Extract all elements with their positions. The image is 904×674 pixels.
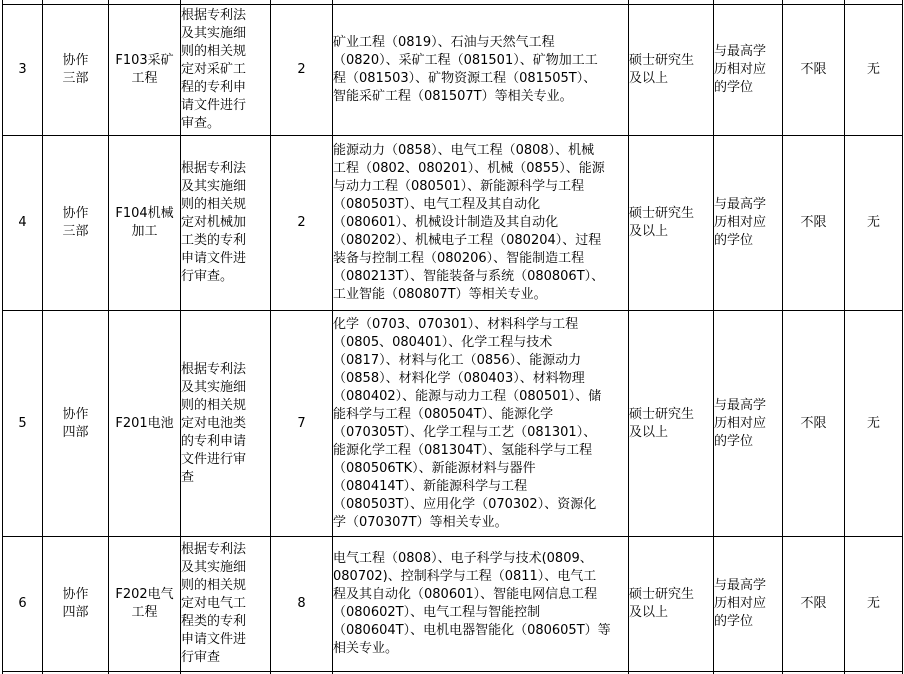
cell-other: 无 (845, 537, 903, 672)
cell-duty: 根据专利法 及其实施细 则的相关规 定对电池类 的专利申请 文件进行审 查 (181, 311, 271, 537)
cell-position: F104机械 加工 (109, 136, 181, 311)
cell-dept: 协作 四部 (43, 311, 109, 537)
cell-majors: 矿业工程（0819）、石油与天然气工程 （0820）、采矿工程（081501）、… (333, 5, 629, 136)
table-row: 5 协作 四部 F201电池 根据专利法 及其实施细 则的相关规 定对电池类 的… (3, 311, 903, 537)
cell-majors: 电气工程（0808）、电子科学与技术(0809、 080702)、控制科学与工程… (333, 537, 629, 672)
cell-dept: 协作 四部 (43, 537, 109, 672)
cell-age-limit: 不限 (783, 5, 845, 136)
table-row: 6 协作 四部 F202电气 工程 根据专利法 及其实施细 则的相关规 定对电气… (3, 537, 903, 672)
cell-dept: 协作 三部 (43, 5, 109, 136)
cell-other: 无 (845, 311, 903, 537)
cell-duty: 根据专利法 及其实施细 则的相关规 定对电气工 程类的专利 申请文件进 行审查 (181, 537, 271, 672)
table-row: 4 协作 三部 F104机械 加工 根据专利法 及其实施细 则的相关规 定对机械… (3, 136, 903, 311)
cell-education: 硕士研究生 及以上 (629, 537, 714, 672)
cell-count: 8 (271, 537, 333, 672)
cell-seq: 3 (3, 5, 43, 136)
cell-seq: 6 (3, 537, 43, 672)
table-row: 3 协作 三部 F103采矿 工程 根据专利法 及其实施细 则的相关规 定对采矿… (3, 5, 903, 136)
cell-count: 7 (271, 311, 333, 537)
cell-other: 无 (845, 136, 903, 311)
cell-count: 2 (271, 5, 333, 136)
cell-seq: 5 (3, 311, 43, 537)
cell-education: 硕士研究生 及以上 (629, 136, 714, 311)
cell-majors: 化学（0703、070301）、材料科学与工程 （0805、080401）、化学… (333, 311, 629, 537)
cell-degree: 与最高学 历相对应 的学位 (714, 311, 783, 537)
cell-other: 无 (845, 5, 903, 136)
cell-age-limit: 不限 (783, 537, 845, 672)
cell-count: 2 (271, 136, 333, 311)
document-page: 3 协作 三部 F103采矿 工程 根据专利法 及其实施细 则的相关规 定对采矿… (0, 0, 904, 674)
cell-degree: 与最高学 历相对应 的学位 (714, 136, 783, 311)
cell-age-limit: 不限 (783, 311, 845, 537)
cell-education: 硕士研究生 及以上 (629, 5, 714, 136)
cell-seq: 4 (3, 136, 43, 311)
cell-degree: 与最高学 历相对应 的学位 (714, 537, 783, 672)
cell-duty: 根据专利法 及其实施细 则的相关规 定对机械加 工类的专利 申请文件进 行审查。 (181, 136, 271, 311)
cell-degree: 与最高学 历相对应 的学位 (714, 5, 783, 136)
cell-dept: 协作 三部 (43, 136, 109, 311)
cell-position: F103采矿 工程 (109, 5, 181, 136)
cell-majors: 能源动力（0858）、电气工程（0808）、机械 工程（0802、080201）… (333, 136, 629, 311)
positions-table: 3 协作 三部 F103采矿 工程 根据专利法 及其实施细 则的相关规 定对采矿… (2, 0, 903, 674)
cell-age-limit: 不限 (783, 136, 845, 311)
cell-education: 硕士研究生 及以上 (629, 311, 714, 537)
cell-position: F202电气 工程 (109, 537, 181, 672)
cell-position: F201电池 (109, 311, 181, 537)
cell-duty: 根据专利法 及其实施细 则的相关规 定对采矿工 程的专利申 请文件进行 审查。 (181, 5, 271, 136)
